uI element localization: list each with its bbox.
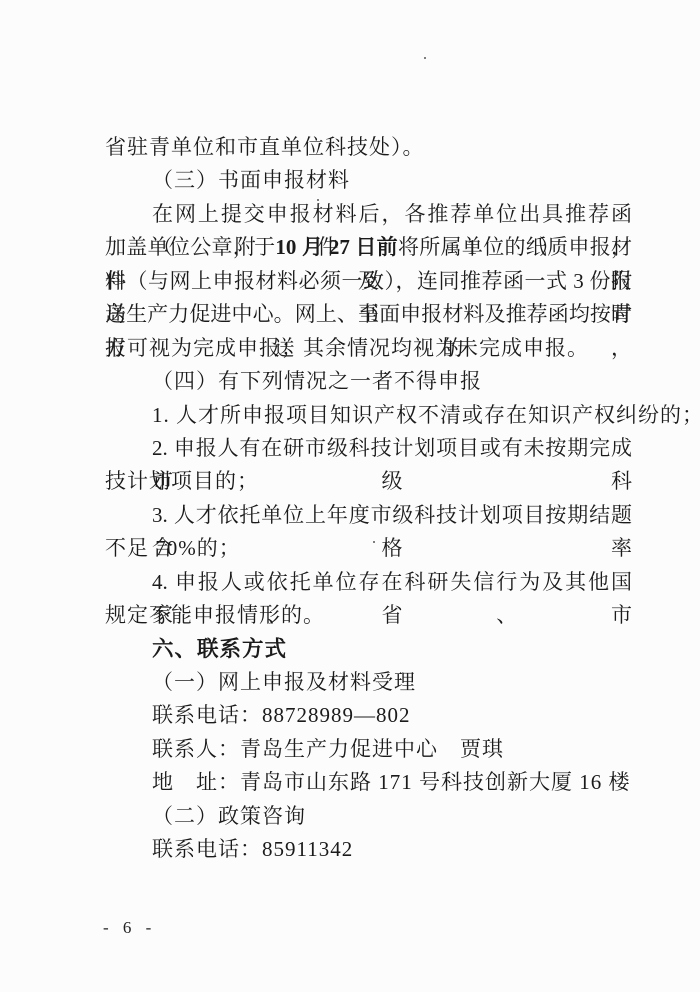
doc-line-with-deadline: 加盖单位公章，于10 月 27 日前将所属单位的纸质申报材料及附 [105,231,632,264]
doc-subheading-3: （三）书面申报材料 [105,164,632,197]
doc-line-continuation: 省驻青单位和市直单位科技处）。 [105,131,632,164]
doc-list-item-1: 1. 人才所申报项目知识产权不清或存在知识产权纠纷的； [105,399,632,432]
text-segment: 加盖单位公章，于 [105,235,275,259]
contact-phone-line: 联系电话：88728989—802 [105,699,632,732]
doc-line: 件（与网上申报材料必须一致），连同推荐函一式 3 份报送至青 [105,265,632,298]
doc-list-item-2: 2. 申报人有在研市级科技计划项目或有未按期完成市级科 [105,432,632,465]
doc-subheading-contact-1: （一）网上申报及材料受理 [105,666,632,699]
doc-list-item-3: 3. 人才依托单位上年度市级科技计划项目按期结题合格率 [105,499,632,532]
doc-line: 方可视为完成申报；其余情况均视为未完成申报。 [105,332,632,365]
doc-subheading-4: （四）有下列情况之一者不得申报 [105,365,632,398]
doc-subheading-contact-2: （二）政策咨询 [105,800,632,833]
scanned-document-page: 省驻青单位和市直单位科技处）。 （三）书面申报材料 在网上提交申报材料后，各推荐… [0,0,700,992]
deadline-date-bold: 10 月 27 日前 [275,235,398,259]
document-body: 省驻青单位和市直单位科技处）。 （三）书面申报材料 在网上提交申报材料后，各推荐… [105,131,632,867]
contact-address-line: 地 址：青岛市山东路 171 号科技创新大厦 16 楼 [105,766,632,799]
doc-line: 在网上提交申报材料后，各推荐单位出具推荐函（附件 1）， [105,198,632,231]
contact-person-line: 联系人：青岛生产力促进中心 贾琪 [105,733,632,766]
contact-phone-line-2: 联系电话：85911342 [105,833,632,866]
doc-section-heading-6: 六、联系方式 [105,633,632,666]
doc-list-item-4: 4. 申报人或依托单位存在科研失信行为及其他国家、省、市 [105,566,632,599]
scan-speckle [424,57,426,59]
page-number: - 6 - [103,918,156,938]
doc-line: 岛生产力促进中心。网上、书面申报材料及推荐函均按时报送的， [105,298,632,331]
